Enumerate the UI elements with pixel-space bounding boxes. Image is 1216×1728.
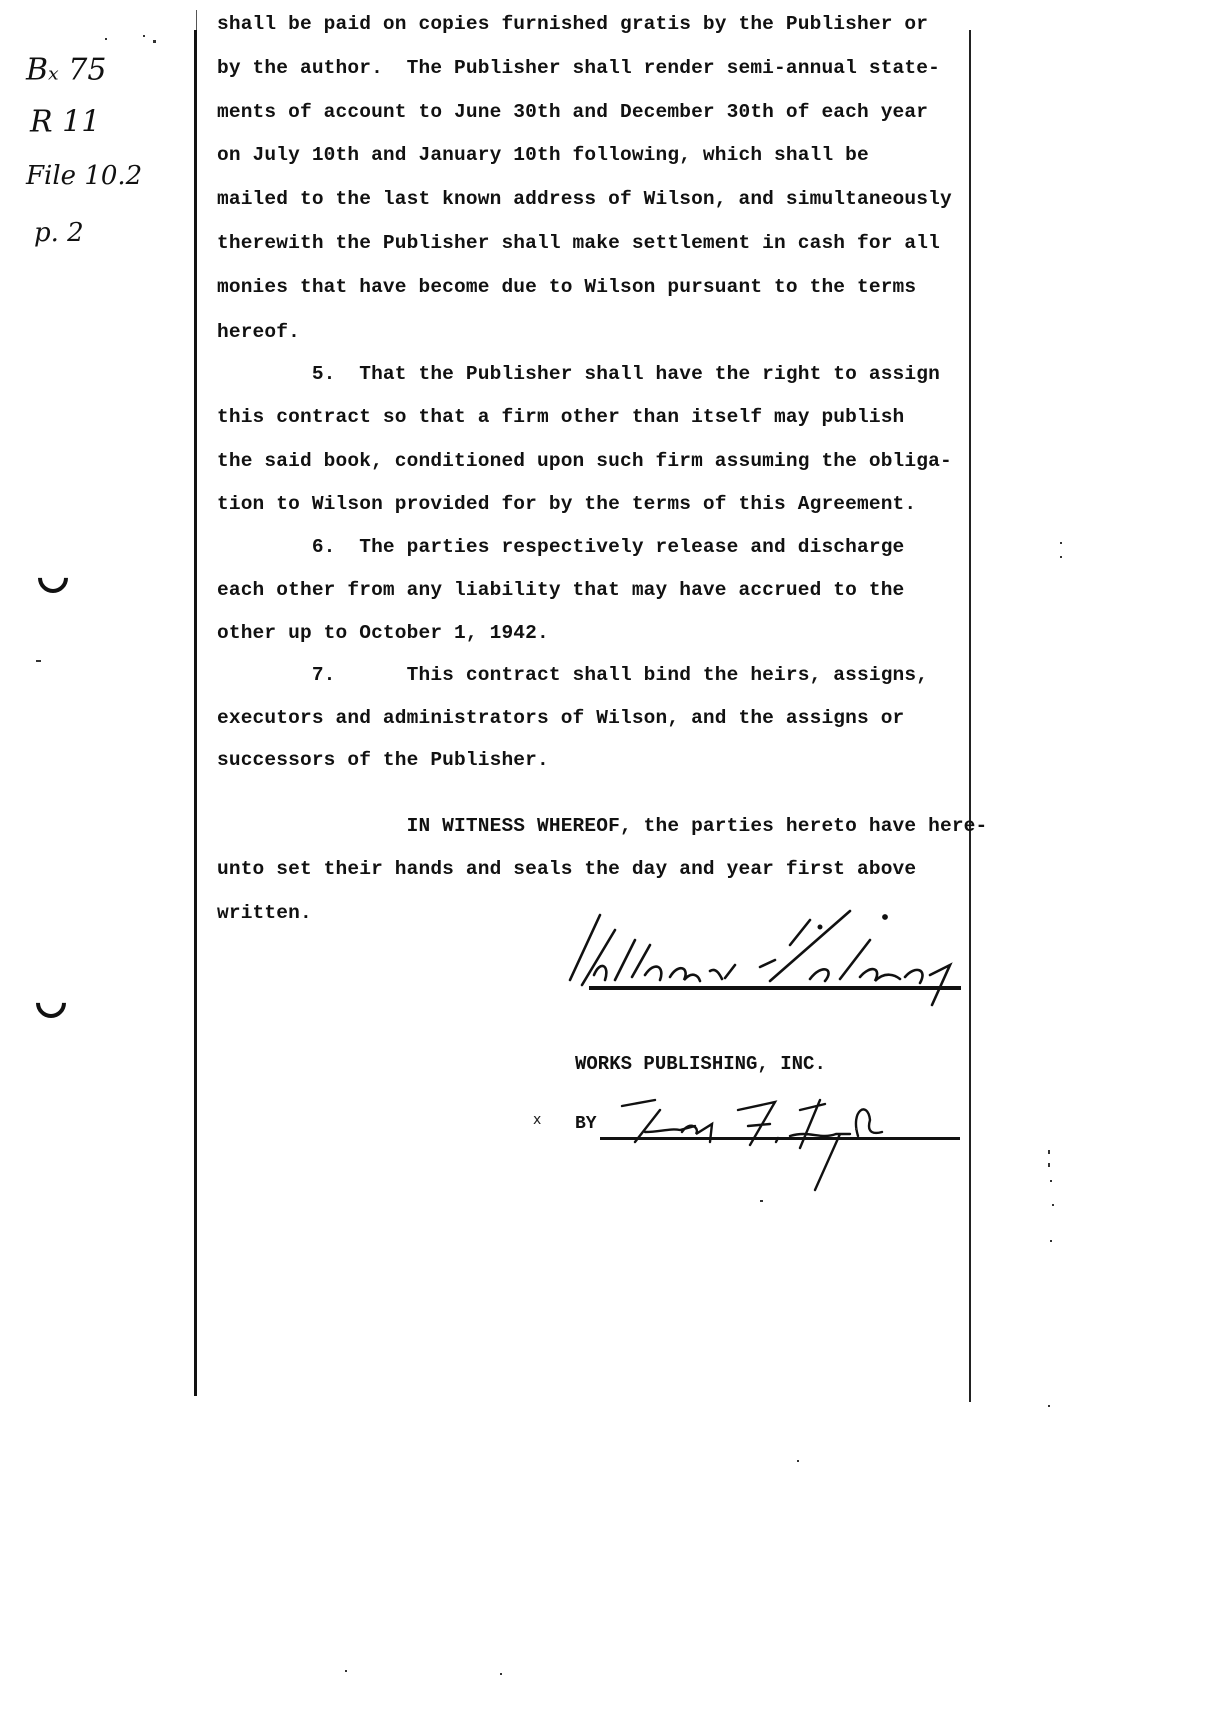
- margin-note-box: Bₓ 75: [26, 53, 106, 88]
- scan-speck: [1048, 1163, 1050, 1167]
- body-line: hereof.: [217, 321, 300, 343]
- body-line: tion to Wilson provided for by the terms…: [217, 493, 916, 515]
- scan-speck: [760, 1200, 763, 1202]
- signature-line-taylor: [600, 1137, 960, 1140]
- left-margin-rule-top: [196, 10, 197, 30]
- left-margin-rule: [194, 30, 197, 1396]
- margin-note-file: File 10.2: [26, 161, 142, 191]
- scan-speck: [105, 38, 107, 40]
- scan-speck: [1050, 1180, 1052, 1182]
- scan-speck: [143, 35, 145, 37]
- scan-speck: [1060, 542, 1062, 544]
- body-line: successors of the Publisher.: [217, 749, 549, 771]
- clause-5-line: 5. That the Publisher shall have the rig…: [217, 363, 940, 385]
- clause-6-line: 6. The parties respectively release and …: [217, 536, 904, 558]
- x-mark: x: [533, 1112, 541, 1128]
- body-line: this contract so that a firm other than …: [217, 406, 904, 428]
- punch-hole-lower: [30, 982, 72, 1024]
- witness-line: IN WITNESS WHEREOF, the parties hereto h…: [217, 815, 987, 837]
- body-line: shall be paid on copies furnished gratis…: [217, 13, 928, 35]
- by-label: BY: [575, 1114, 597, 1134]
- scan-speck: [855, 1128, 857, 1130]
- signature-wilson: [560, 905, 970, 1010]
- body-line: written.: [217, 902, 312, 924]
- body-line: therewith the Publisher shall make settl…: [217, 232, 940, 254]
- body-line: ments of account to June 30th and Decemb…: [217, 101, 928, 123]
- body-line: on July 10th and January 10th following,…: [217, 144, 869, 166]
- scan-speck: [1060, 556, 1062, 558]
- scan-speck: [1052, 1204, 1054, 1206]
- company-name: WORKS PUBLISHING, INC.: [575, 1053, 826, 1075]
- scan-speck: [1048, 1405, 1050, 1407]
- scan-speck: [500, 1673, 502, 1675]
- body-line: the said book, conditioned upon such fir…: [217, 450, 952, 472]
- body-line: other up to October 1, 1942.: [217, 622, 549, 644]
- scan-speck: [345, 1670, 347, 1672]
- body-line: executors and administrators of Wilson, …: [217, 707, 904, 729]
- body-line: unto set their hands and seals the day a…: [217, 858, 916, 880]
- signature-line-wilson: [589, 986, 961, 990]
- body-line: each other from any liability that may h…: [217, 579, 904, 601]
- clause-7-line: 7. This contract shall bind the heirs, a…: [217, 664, 928, 686]
- margin-note-page: p. 2: [34, 218, 84, 248]
- punch-hole-upper: [32, 557, 74, 599]
- scan-speck: [153, 40, 156, 43]
- margin-note-reel: R 11: [30, 105, 100, 140]
- body-line: mailed to the last known address of Wils…: [217, 188, 952, 210]
- scan-speck: [797, 1460, 799, 1462]
- scan-speck: [1050, 1240, 1052, 1242]
- body-line: monies that have become due to Wilson pu…: [217, 276, 916, 298]
- body-line: by the author. The Publisher shall rende…: [217, 57, 940, 79]
- right-margin-rule: [969, 30, 971, 1402]
- scan-speck: [36, 660, 41, 662]
- scan-speck: [1048, 1150, 1050, 1154]
- document-page: Bₓ 75 R 11 File 10.2 p. 2 shall be paid …: [0, 0, 1216, 1728]
